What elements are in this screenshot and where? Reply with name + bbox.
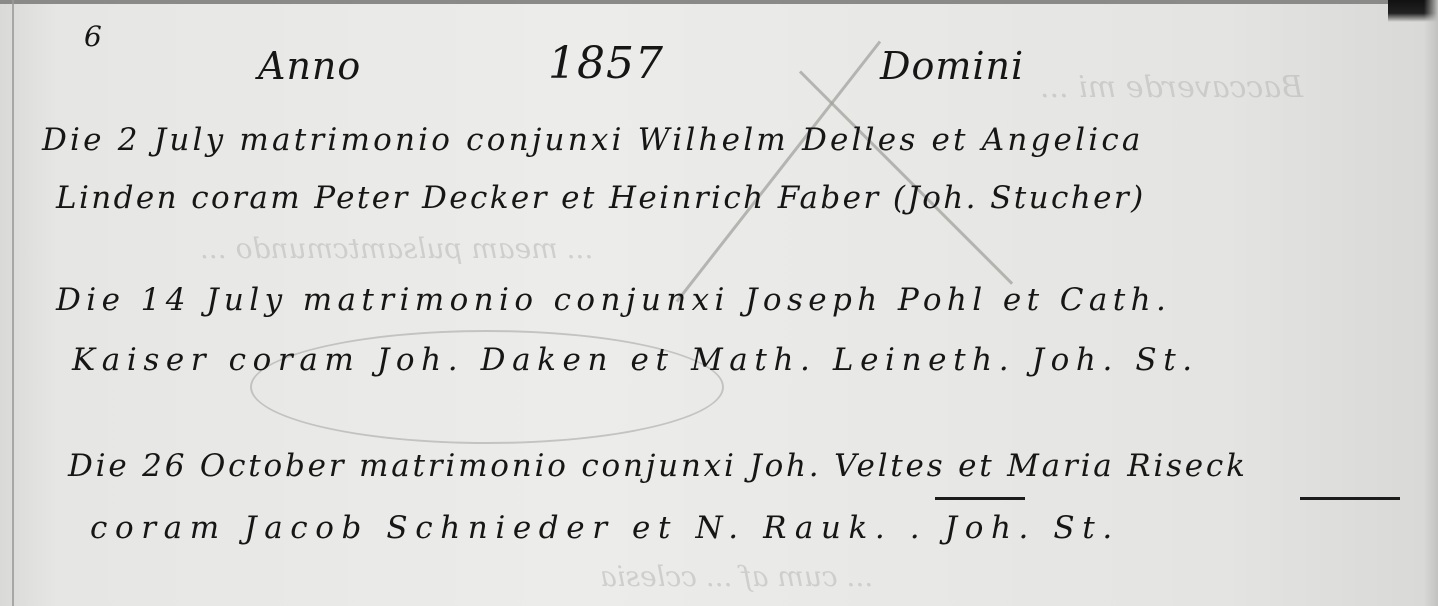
heading-domini: Domini [880,44,1024,88]
entry-3-line-1: Die 26 October matrimonio conjunxi Joh. … [68,448,1248,484]
entry-1-line-1: Die 2 July matrimonio conjunxi Wilhelm D… [42,122,1144,158]
page-right-edge [1424,0,1438,606]
heading-year: 1857 [548,38,664,89]
margin-rule [12,0,14,606]
bleed-through-text: Baccaverde mi ... [1040,70,1303,105]
name-underline [935,497,1025,500]
page-top-edge [0,0,1438,4]
ledger-page-scan: Baccaverde mi ... ... meam pulsamtcmundo… [0,0,1438,606]
name-underline [1300,497,1400,500]
entry-1-line-2: Linden coram Peter Decker et Heinrich Fa… [56,180,1146,216]
cross-out-stroke [676,41,882,303]
bleed-through-text: ... meam pulsamtcmundo ... [200,232,593,265]
entry-2-line-2: Kaiser coram Joh. Daken et Math. Leineth… [72,342,1199,378]
bleed-through-text: ... cum af ... cclesia [600,560,873,593]
page-number: 6 [84,20,103,53]
entry-3-line-2: coram Jacob Schnieder et N. Rauk. . Joh.… [90,510,1120,546]
heading-anno: Anno [258,44,361,88]
entry-2-line-1: Die 14 July matrimonio conjunxi Joseph P… [56,282,1171,318]
